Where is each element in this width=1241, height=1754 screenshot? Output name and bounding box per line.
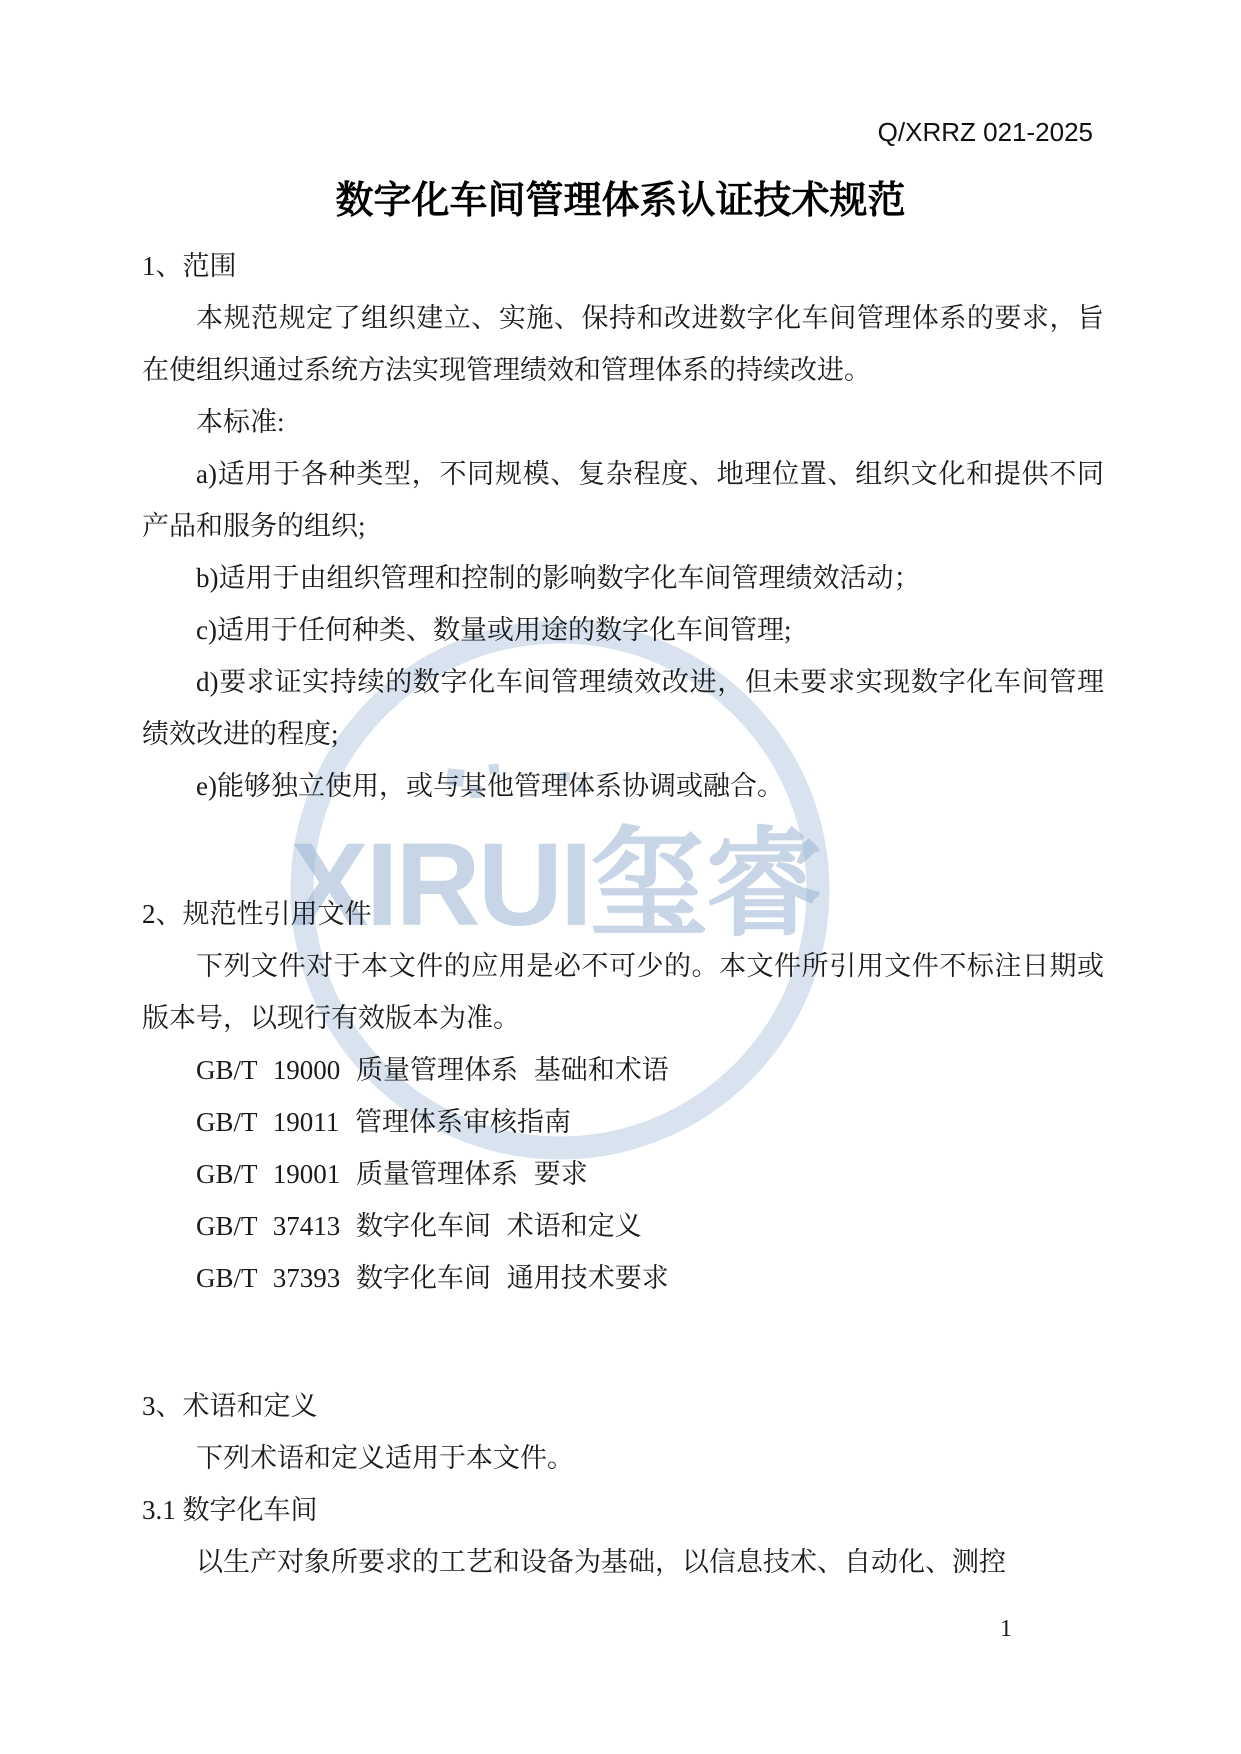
section1-heading: 1、范围 [142, 240, 1104, 292]
section3-paragraph: 以生产对象所要求的工艺和设备为基础，以信息技术、自动化、测控 [142, 1536, 1104, 1588]
spacer [142, 1304, 1104, 1380]
section1-item-c: c)适用于任何种类、数量或用途的数字化车间管理; [142, 604, 1104, 656]
section2-heading: 2、规范性引用文件 [142, 888, 1104, 940]
section3-term-heading: 3.1 数字化车间 [142, 1484, 1104, 1536]
page-title: 数字化车间管理体系认证技术规范 [0, 176, 1241, 226]
section1-paragraph: 本规范规定了组织建立、实施、保持和改进数字化车间管理体系的要求，旨在使组织通过系… [142, 292, 1104, 396]
reference-item: GB/T 19000 质量管理体系 基础和术语 [142, 1044, 1104, 1096]
doc-number: Q/XRRZ 021-2025 [878, 116, 1093, 148]
reference-item: GB/T 37413 数字化车间 术语和定义 [142, 1200, 1104, 1252]
section3-paragraph: 下列术语和定义适用于本文件。 [142, 1432, 1104, 1484]
spacer [142, 812, 1104, 888]
reference-item: GB/T 37393 数字化车间 通用技术要求 [142, 1252, 1104, 1304]
section2-paragraph: 下列文件对于本文件的应用是必不可少的。本文件所引用文件不标注日期或版本号，以现行… [142, 940, 1104, 1044]
section1-item-e: e)能够独立使用，或与其他管理体系协调或融合。 [142, 760, 1104, 812]
section1-item-a: a)适用于各种类型，不同规模、复杂程度、地理位置、组织文化和提供不同产品和服务的… [142, 448, 1104, 552]
section1-paragraph: 本标准: [142, 396, 1104, 448]
section3-heading: 3、术语和定义 [142, 1380, 1104, 1432]
reference-item: GB/T 19011 管理体系审核指南 [142, 1096, 1104, 1148]
reference-item: GB/T 19001 质量管理体系 要求 [142, 1148, 1104, 1200]
document-page: XIRUI玺睿 Q/XRRZ 021-2025 数字化车间管理体系认证技术规范 … [0, 0, 1241, 1754]
document-body: 1、范围 本规范规定了组织建立、实施、保持和改进数字化车间管理体系的要求，旨在使… [142, 240, 1104, 1588]
page-number: 1 [1000, 1612, 1012, 1646]
section1-item-d: d)要求证实持续的数字化车间管理绩效改进，但未要求实现数字化车间管理绩效改进的程… [142, 656, 1104, 760]
section1-item-b: b)适用于由组织管理和控制的影响数字化车间管理绩效活动； [142, 552, 1104, 604]
